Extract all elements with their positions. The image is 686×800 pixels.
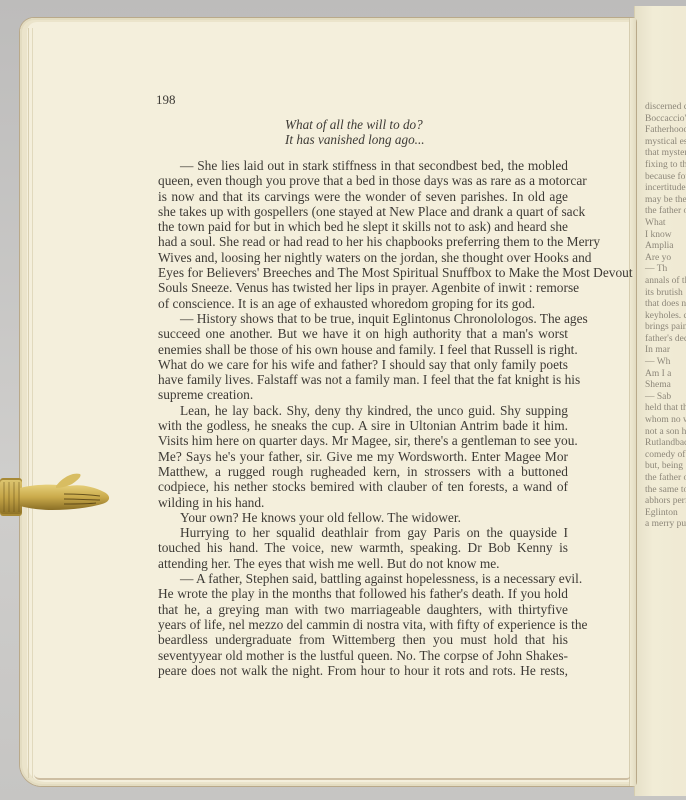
text-line: with the godless, he sneaks the cup. A s…: [158, 418, 568, 433]
adjacent-line: a merry pu: [635, 519, 686, 531]
adjacent-line: the father o: [635, 206, 686, 218]
adjacent-line: — Sab: [635, 392, 686, 404]
text-line: touched his hand. The voice, new warmth,…: [158, 540, 568, 555]
text-line: the town paid for but in which bed he sl…: [158, 219, 568, 234]
adjacent-line: keyholes. c: [635, 311, 686, 323]
adjacent-line: Amplia: [635, 241, 686, 253]
text-line: is now and that its carvings were the wo…: [158, 189, 568, 204]
text-line: years of life, nel mezzo del cammin di n…: [158, 617, 568, 632]
adjacent-line: What: [635, 218, 686, 230]
brass-hand-page-holder-icon: [0, 470, 112, 520]
page-number: 198: [156, 92, 176, 108]
adjacent-line: that mystery: [635, 148, 686, 160]
text-line: — A father, Stephen said, battling again…: [158, 571, 568, 586]
adjacent-line: Boccaccio's f: [635, 114, 686, 126]
text-line: Souls Sneeze. Venus has twisted her lips…: [158, 280, 568, 295]
adjacent-line: not a son h: [635, 427, 686, 439]
page-gutter: [629, 18, 636, 786]
text-line: What do we care for his wife and father?…: [158, 357, 568, 372]
adjacent-line: — Th: [635, 264, 686, 276]
adjacent-line: Eglinton: [635, 508, 686, 520]
text-line: codpiece, his nether stocks bemired with…: [158, 479, 568, 494]
text-line: had a soul. She read or had read to her …: [158, 234, 568, 249]
text-line: — She lies laid out in stark stiffness i…: [158, 158, 568, 173]
adjacent-line: annals of th: [635, 276, 686, 288]
adjacent-line: I know: [635, 230, 686, 242]
adjacent-line: held that th: [635, 403, 686, 415]
text-line: peare does not walk the night. From hour…: [158, 663, 568, 678]
adjacent-line: discerned c: [635, 102, 686, 114]
adjacent-line: comedy of: [635, 450, 686, 462]
adjacent-line: incertitude,: [635, 183, 686, 195]
adjacent-page: discerned c Boccaccio's f Fatherhood mys…: [634, 6, 686, 796]
text-line: attending her. The eyes that wish me wel…: [158, 556, 568, 571]
adjacent-line: abhors perfe: [635, 496, 686, 508]
text-line: Your own? He knows your old fellow. The …: [158, 510, 568, 525]
adjacent-line: Rutlandbaco: [635, 438, 686, 450]
text-line: Visits him here on quarter days. Mr Mage…: [158, 433, 568, 448]
text-line: have family lives. Falstaff was not a fa…: [158, 372, 568, 387]
adjacent-line: brings pain: [635, 322, 686, 334]
text-line: she takes up with gospellers (one stayed…: [158, 204, 568, 219]
adjacent-line: but, being: [635, 461, 686, 473]
adjacent-line: Fatherhood: [635, 125, 686, 137]
text-line: seventyyear old mother is the lustful qu…: [158, 648, 568, 663]
adjacent-line: the same to: [635, 485, 686, 497]
body-text: — She lies laid out in stark stiffness i…: [158, 158, 568, 678]
text-line: succeed one another. But we have it on h…: [158, 326, 568, 341]
text-line: queen, even though you prove that a bed …: [158, 173, 568, 188]
adjacent-page-text: discerned c Boccaccio's f Fatherhood mys…: [635, 102, 686, 531]
epigraph: What of all the will to do? It has vanis…: [285, 117, 425, 147]
adjacent-line: the father o: [635, 473, 686, 485]
text-line: Matthew, a rugged rough rugheaded kern, …: [158, 464, 568, 479]
text-line: Me? Says he's your father, sir. Give me …: [158, 449, 568, 464]
adjacent-line: its brutish: [635, 288, 686, 300]
text-line: wilding in his hand.: [158, 495, 568, 510]
adjacent-line: mystical est: [635, 137, 686, 149]
text-line: Hurrying to her squalid deathlair from g…: [158, 525, 568, 540]
text-line: of conscience. It is an age of exhausted…: [158, 296, 568, 311]
adjacent-line: because fou: [635, 172, 686, 184]
text-line: Wives and, loosing her nightly waters on…: [158, 250, 568, 265]
text-line: enemies shall be those of his own house …: [158, 342, 568, 357]
epigraph-line-1: What of all the will to do?: [285, 117, 425, 132]
adjacent-line: Am I a: [635, 369, 686, 381]
epigraph-line-2: It has vanished long ago...: [285, 132, 425, 147]
adjacent-line: may be the: [635, 195, 686, 207]
adjacent-line: whom no w: [635, 415, 686, 427]
adjacent-line: fixing to th: [635, 160, 686, 172]
adjacent-line: — Wh: [635, 357, 686, 369]
adjacent-line: that does n: [635, 299, 686, 311]
adjacent-line: Are yo: [635, 253, 686, 265]
text-line: beardless undergraduate from Wittemberg …: [158, 632, 568, 647]
text-line: supreme creation.: [158, 387, 568, 402]
text-line: Lean, he lay back. Shy, deny thy kindred…: [158, 403, 568, 418]
adjacent-line: father's dec: [635, 334, 686, 346]
adjacent-line: Shema: [635, 380, 686, 392]
text-line: — History shows that to be true, inquit …: [158, 311, 568, 326]
adjacent-line: In mar: [635, 345, 686, 357]
text-line: He wrote the play in the months that fol…: [158, 586, 568, 601]
text-line: Eyes for Believers' Breeches and The Mos…: [158, 265, 568, 280]
text-line: that he, a greying man with two marriage…: [158, 602, 568, 617]
